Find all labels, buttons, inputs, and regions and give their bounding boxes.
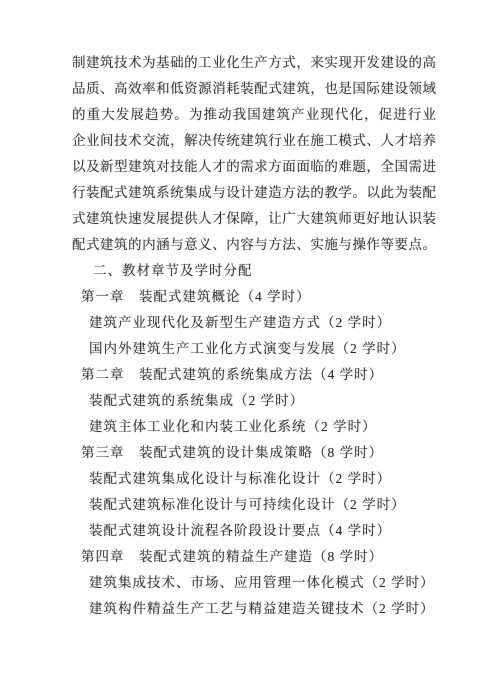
outline-chapter: 第二章 装配式建筑的系统集成方法（4 学时） (81, 362, 436, 388)
paragraph-line: 行装配式建筑系统集成与设计建造方法的教学。以此为装配 (72, 180, 436, 206)
outline-item: 国内外建筑生产工业化方式演变与发展（2 学时） (89, 336, 436, 362)
paragraph-line: 的重大发展趋势。为推动我国建筑产业现代化，促进行业内、 (72, 102, 436, 128)
paragraph-line: 式建筑快速发展提供人才保障，让广大建筑师更好地认识装 (72, 206, 436, 232)
outline-chapter: 第三章 装配式建筑的设计集成策略（8 学时） (81, 440, 436, 466)
outline-chapter: 第一章 装配式建筑概论（4 学时） (81, 284, 436, 310)
outline-item: 建筑产业现代化及新型生产建造方式（2 学时） (89, 310, 436, 336)
paragraph-line: 品质、高效率和低资源消耗装配式建筑，也是国际建设领域 (72, 76, 436, 102)
text-block: 制建筑技术为基础的工业化生产方式，来实现开发建设的高 品质、高效率和低资源消耗装… (72, 50, 436, 622)
outline-item: 装配式建筑的系统集成（2 学时） (89, 388, 436, 414)
outline-item: 建筑主体工业化和内装工业化系统（2 学时） (89, 414, 436, 440)
document-page: 制建筑技术为基础的工业化生产方式，来实现开发建设的高 品质、高效率和低资源消耗装… (0, 0, 497, 700)
outline-item: 建筑集成技术、市场、应用管理一体化模式（2 学时） (89, 570, 436, 596)
paragraph-line: 制建筑技术为基础的工业化生产方式，来实现开发建设的高 (72, 50, 436, 76)
outline-item: 装配式建筑标准化设计与可持续化设计（2 学时） (89, 492, 436, 518)
outline-item: 装配式建筑集成化设计与标准化设计（2 学时） (89, 466, 436, 492)
outline-item: 建筑构件精益生产工艺与精益建造关键技术（2 学时） (89, 596, 436, 622)
paragraph-line: 配式建筑的内涵与意义、内容与方法、实施与操作等要点。 (72, 232, 436, 258)
section-heading: 二、教材章节及学时分配 (93, 258, 436, 284)
paragraph-line: 企业间技术交流，解决传统建筑行业在施工模式、人才培养 (72, 128, 436, 154)
outline-item: 装配式建筑设计流程各阶段设计要点（4 学时） (89, 518, 436, 544)
paragraph-line: 以及新型建筑对技能人才的需求方面面临的难题，全国需进 (72, 154, 436, 180)
outline-chapter: 第四章 装配式建筑的精益生产建造（8 学时） (81, 544, 436, 570)
